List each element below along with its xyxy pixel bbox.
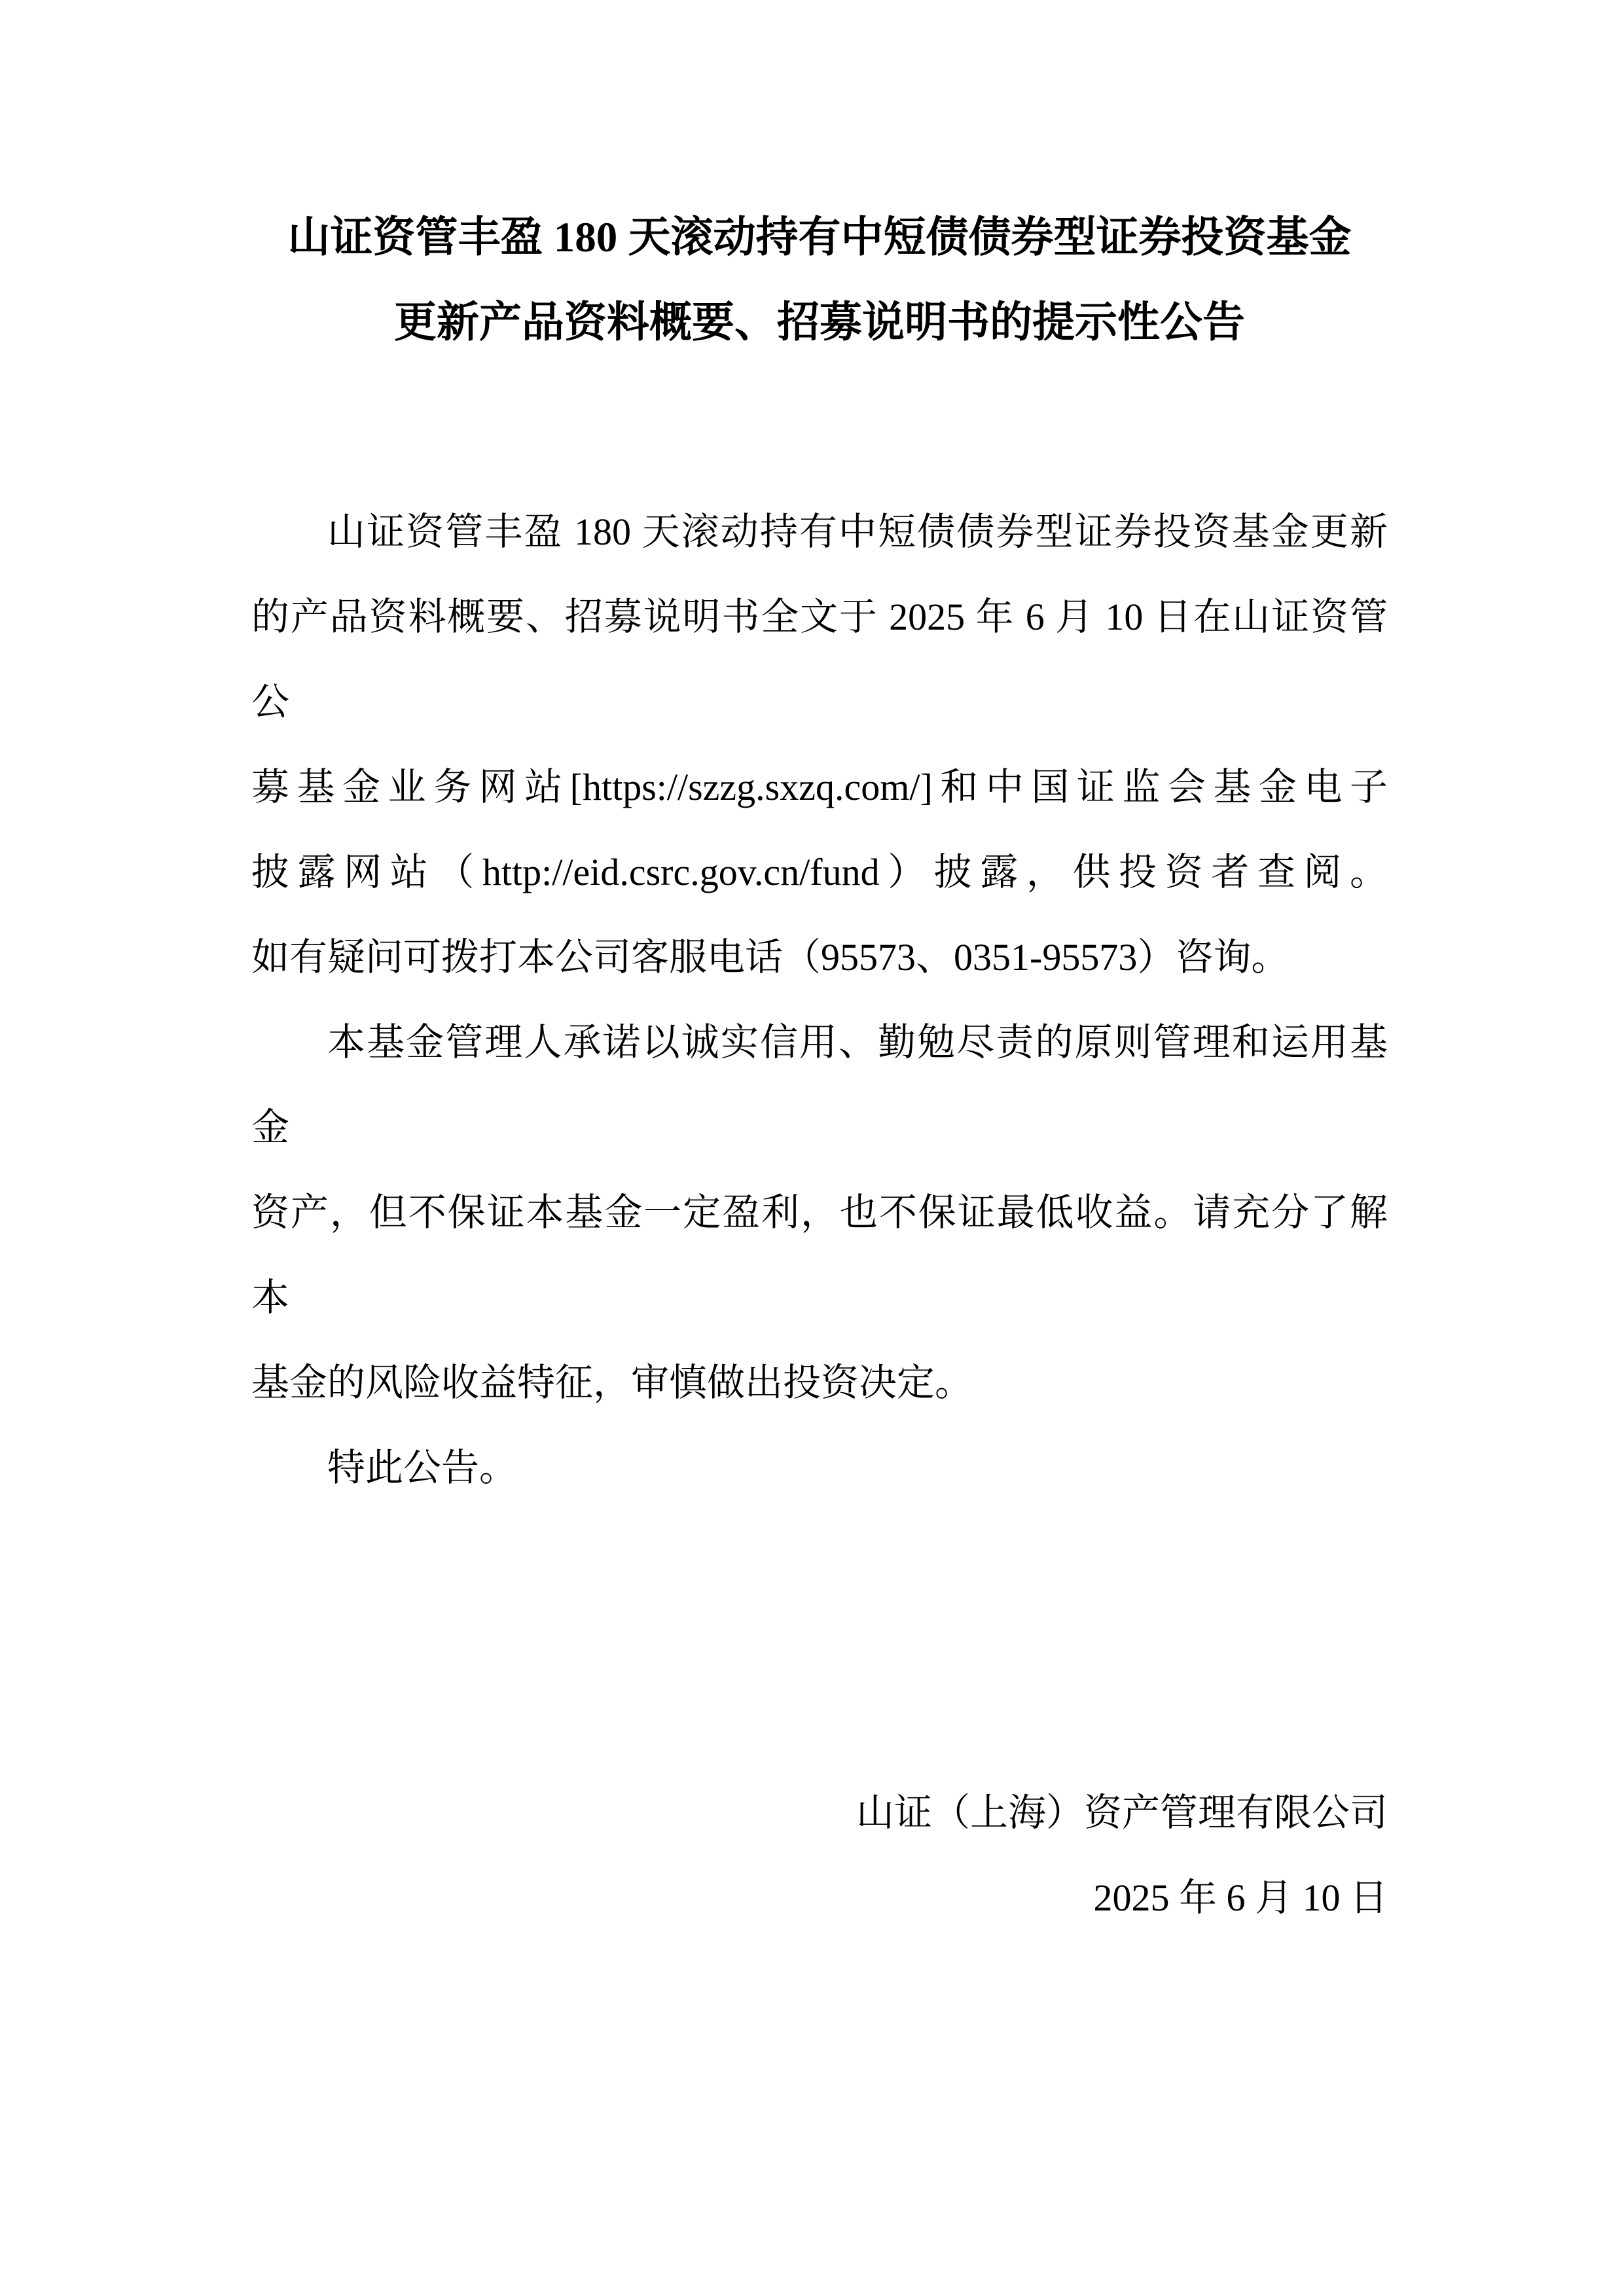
body-line-3: 募基金业务网站[https://szzg.sxzq.com/]和中国证监会基金电… [251,745,1388,830]
document-title: 山证资管丰盈 180 天滚动持有中短债债券型证券投资基金 更新产品资料概要、招募… [251,195,1388,365]
announcement-page: 山证资管丰盈 180 天滚动持有中短债债券型证券投资基金 更新产品资料概要、招募… [0,0,1624,2296]
body-line-6: 本基金管理人承诺以诚实信用、勤勉尽责的原则管理和运用基金 [251,1000,1388,1170]
body-line-4: 披露网站（http://eid.csrc.gov.cn/fund）披露，供投资者… [251,830,1388,915]
body-line-7: 资产，但不保证本基金一定盈利，也不保证最低收益。请充分了解本 [251,1170,1388,1340]
body-line-9: 特此公告。 [251,1426,1388,1511]
body-line-8: 基金的风险收益特征，审慎做出投资决定。 [251,1340,1388,1426]
signature-date: 2025 年 6 月 10 日 [251,1856,1388,1941]
document-title-line-2: 更新产品资料概要、招募说明书的提示性公告 [251,280,1388,365]
signature-company: 山证（上海）资产管理有限公司 [251,1770,1388,1856]
document-title-line-1: 山证资管丰盈 180 天滚动持有中短债债券型证券投资基金 [251,195,1388,280]
document-body: 山证资管丰盈 180 天滚动持有中短债债券型证券投资基金更新 的产品资料概要、招… [251,490,1388,1511]
body-line-1: 山证资管丰盈 180 天滚动持有中短债债券型证券投资基金更新 [251,490,1388,575]
body-line-5: 如有疑问可拨打本公司客服电话（95573、0351-95573）咨询。 [251,915,1388,1000]
body-line-2: 的产品资料概要、招募说明书全文于 2025 年 6 月 10 日在山证资管公 [251,575,1388,745]
signature-block: 山证（上海）资产管理有限公司 2025 年 6 月 10 日 [251,1770,1388,1941]
